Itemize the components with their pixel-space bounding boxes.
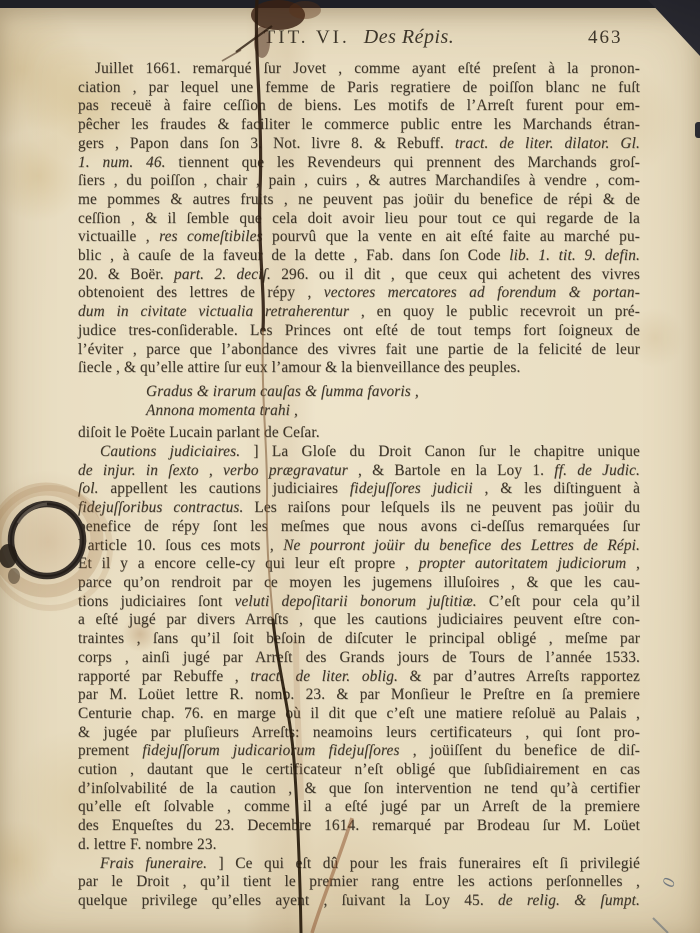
text-line: par M. Loüet lettre R. nomb. 23. & par M… — [78, 686, 640, 705]
italic-text-segment: Cautions judiciaires. — [100, 443, 253, 460]
text-segment: victuaille , — [78, 228, 159, 245]
text-line: l’article 10. ſous ces mots , Ne pourron… — [78, 537, 640, 556]
italic-text-segment: Gradus & irarum cauſas & ſumma favoris , — [146, 383, 419, 400]
text-line: obtenoient des lettres de répy , vectore… — [78, 284, 640, 303]
text-line: & jugée par pluſieurs Arreſts: neamoins … — [78, 724, 640, 743]
text-line: 20. & Boër. part. 2. deciſ. 296. ou il d… — [78, 266, 640, 285]
verse-lucan: Gradus & irarum cauſas & ſumma favoris ,… — [78, 383, 640, 420]
text-segment: & par d’autres Arreſts rapportez — [410, 668, 640, 685]
italic-text-segment: veluti depoſitarii bonorum juſtitiæ. — [235, 593, 489, 610]
text-segment: rapporté par Rebuffe , — [78, 668, 250, 685]
text-segment: pas receuë à faire ceſſion de biens. Les… — [78, 97, 640, 114]
italic-text-segment: res comeſtibiles — [159, 228, 272, 245]
text-segment: , & Bartole en la Loy 1. — [358, 462, 554, 479]
italic-text-segment: de relig. & ſumpt. — [498, 892, 640, 909]
italic-text-segment: fidejuſſoribus contractus. — [78, 499, 254, 516]
italic-text-segment: vectores mercatores ad forendum & portan… — [324, 284, 640, 301]
text-line: Cautions judiciaires. ] La Gloſe du Droi… — [78, 443, 640, 462]
text-line: pêcher les fraudes & faciliter le commer… — [78, 116, 640, 135]
text-line: cution , dautant que le certificateur n’… — [78, 761, 640, 780]
text-segment: parce qu’on rendroit par ce moyen les ju… — [78, 574, 640, 591]
text-line: ſiecle , & qu’elle attire ſur eux l’amou… — [78, 359, 640, 378]
text-line: ciation , par lequel une femme de Paris … — [78, 79, 640, 98]
text-segment: pêcher les fraudes & faciliter le commer… — [78, 116, 640, 133]
running-header: TIT. VI. Des Répis. — [78, 26, 640, 49]
page-number: 463 — [588, 27, 623, 49]
text-segment: par M. Loüet lettre R. nomb. 23. & par M… — [78, 686, 640, 703]
text-segment: diſoit le Poëte Lucain parlant de Ceſar. — [78, 424, 320, 441]
text-segment: obtenoient des lettres de répy , — [78, 284, 324, 301]
text-segment: quelque privilege qu’elles ayent , ſuiva… — [78, 892, 498, 909]
text-segment: blic , à cauſe de la faveur de la dette … — [78, 247, 509, 264]
text-segment: l’éviter , parce que l’abondance des viv… — [78, 341, 640, 358]
text-line: ſol. appellent les cautions judiciaires … — [78, 480, 640, 499]
text-line: Centurie chap. 76. en marge où il dit qu… — [78, 705, 640, 724]
paragraph-cautions-judiciaires: Cautions judiciaires. ] La Gloſe du Droi… — [78, 443, 640, 854]
text-segment: judice tres-conſiderable. Les Princes on… — [78, 322, 640, 339]
text-line: par le Droit , qu’il tient le premier ra… — [78, 873, 640, 892]
book-page-photo: TIT. VI. Des Répis. 463 Juillet 1661. re… — [0, 0, 700, 933]
text-line: Gradus & irarum cauſas & ſumma favoris , — [146, 383, 640, 402]
italic-text-segment: Frais funeraire. — [100, 855, 219, 872]
paragraph-juillet-1661: Juillet 1661. remarqué ſur Jovet , comme… — [78, 60, 640, 378]
text-line: Et il y a encore celle-cy qui leur eſt p… — [78, 555, 640, 574]
text-line: d. lettre F. nombre 23. — [78, 836, 640, 855]
text-segment: par le Droit , qu’il tient le premier ra… — [78, 873, 640, 890]
text-line: ceſſion , & il ſemble que cela doit avoi… — [78, 210, 640, 229]
text-segment: Les raiſons pour leſquels ils ne peuvent… — [254, 499, 640, 516]
text-segment: cution , dautant que le certificateur n’… — [78, 761, 640, 778]
text-segment: gers , Papon dans ſon 3. Not. livre 8. &… — [78, 135, 455, 152]
text-line: 1. num. 46. tiennent que les Revendeurs … — [78, 154, 640, 173]
text-segment: , joüiſſent du benefice de diſ- — [413, 742, 640, 759]
italic-text-segment: fidejuſſores judicii — [350, 480, 485, 497]
edge-nick — [695, 122, 700, 138]
text-segment: 296. ou il dit , que ceux qui achetent d… — [281, 266, 640, 283]
italic-text-segment: propter autoritatem judiciorum , — [419, 555, 640, 572]
text-segment: tiennent que les Revendeurs qui prennent… — [178, 154, 640, 171]
text-segment: corps , ainſi jugé par Arreſt des Grands… — [78, 649, 640, 666]
text-segment: ] La Gloſe du Droit Canon ſur le chapitr… — [253, 443, 640, 460]
text-segment: prement — [78, 742, 142, 759]
italic-text-segment: ff. de Judic. — [554, 462, 640, 479]
text-segment: ciation , par lequel une femme de Paris … — [78, 79, 640, 96]
text-line: Juillet 1661. remarqué ſur Jovet , comme… — [78, 60, 640, 79]
body-text: Juillet 1661. remarqué ſur Jovet , comme… — [78, 60, 640, 911]
italic-text-segment: lib. 1. tit. 9. defin. — [509, 247, 640, 264]
text-segment: , en quoy le public recevroit un pré- — [361, 303, 640, 320]
text-segment: & jugée par pluſieurs Arreſts: neamoins … — [78, 724, 640, 741]
text-segment: d’inſolvabilité de la caution , & que ſo… — [78, 780, 640, 797]
italic-text-segment: Ne pourront joüir du benefice des Lettre… — [283, 537, 640, 554]
italic-text-segment: 1. num. 46. — [78, 154, 178, 171]
text-segment: a eſté jugé par divers Arreſts , que les… — [78, 611, 640, 628]
text-line: quelque privilege qu’elles ayent , ſuiva… — [78, 892, 640, 911]
text-segment: ſiers , du poiſſon , chair , pain , cuir… — [78, 172, 640, 189]
text-line: rapporté par Rebuffe , tract. de liter. … — [78, 668, 640, 687]
text-segment: qu’elle eſt ſolvable , comme il a eſté j… — [78, 798, 640, 815]
text-segment: me pommes & autres fruits , ne peuvent p… — [78, 191, 640, 208]
italic-text-segment: ſol. — [78, 480, 110, 497]
text-line: benefice de répy ſont les meſmes que nou… — [78, 518, 640, 537]
text-segment: benefice de répy ſont les meſmes que nou… — [78, 518, 640, 535]
text-segment: traintes , ſans qu’il ſoit beſoin de diſ… — [78, 630, 640, 647]
italic-text-segment: Annona momenta trahi , — [146, 402, 298, 419]
text-line: traintes , ſans qu’il ſoit beſoin de diſ… — [78, 630, 640, 649]
text-segment: ceſſion , & il ſemble que cela doit avoi… — [78, 210, 640, 227]
text-segment: pourvû que la vente en ait eſté faite au… — [272, 228, 640, 245]
italic-text-segment: part. 2. deciſ. — [174, 266, 281, 283]
text-segment: Juillet 1661. remarqué ſur Jovet , comme… — [95, 60, 640, 77]
text-segment: C’eſt pour cela qu’il — [489, 593, 640, 610]
text-segment: des Enqueſtes du 23. Decembre 1614. rema… — [78, 817, 640, 834]
text-line: des Enqueſtes du 23. Decembre 1614. rema… — [78, 817, 640, 836]
italic-text-segment: de injur. in ſexto , verbo prægravatur — [78, 462, 358, 479]
italic-text-segment: dum in civitate victualia retraherentur — [78, 303, 361, 320]
text-line: ſiers , du poiſſon , chair , pain , cuir… — [78, 172, 640, 191]
text-line: judice tres-conſiderable. Les Princes on… — [78, 322, 640, 341]
text-line: tions judiciaires ſont veluti depoſitari… — [78, 593, 640, 612]
text-line: pas receuë à faire ceſſion de biens. Les… — [78, 97, 640, 116]
paragraph-disoit: diſoit le Poëte Lucain parlant de Ceſar. — [78, 424, 640, 443]
text-line: fidejuſſoribus contractus. Les raiſons p… — [78, 499, 640, 518]
text-line: Annona momenta trahi , — [146, 402, 640, 421]
text-line: Frais funeraire. ] Ce qui eſt dû pour le… — [78, 855, 640, 874]
text-line: blic , à cauſe de la faveur de la dette … — [78, 247, 640, 266]
text-segment: 20. & Boër. — [78, 266, 174, 283]
paragraph-frais-funeraire: Frais funeraire. ] Ce qui eſt dû pour le… — [78, 855, 640, 911]
header-section: TIT. VI. — [264, 27, 350, 49]
text-line: me pommes & autres fruits , ne peuvent p… — [78, 191, 640, 210]
text-line: a eſté jugé par divers Arreſts , que les… — [78, 611, 640, 630]
italic-text-segment: tract. de liter. dilator. Gl. — [455, 135, 640, 152]
text-line: l’éviter , parce que l’abondance des viv… — [78, 341, 640, 360]
text-line: prement fidejuſſorum judicariorum fideju… — [78, 742, 640, 761]
text-segment: , & les diſtinguent à — [485, 480, 640, 497]
italic-text-segment: fidejuſſorum judicariorum fidejuſſores — [142, 742, 412, 759]
text-line: de injur. in ſexto , verbo prægravatur ,… — [78, 462, 640, 481]
text-segment: Centurie chap. 76. en marge où il dit qu… — [78, 705, 640, 722]
text-segment: l’article 10. ſous ces mots , — [78, 537, 283, 554]
text-line: corps , ainſi jugé par Arreſt des Grands… — [78, 649, 640, 668]
text-line: d’inſolvabilité de la caution , & que ſo… — [78, 780, 640, 799]
text-line: qu’elle eſt ſolvable , comme il a eſté j… — [78, 798, 640, 817]
text-line: gers , Papon dans ſon 3. Not. livre 8. &… — [78, 135, 640, 154]
text-segment: tions judiciaires ſont — [78, 593, 235, 610]
text-segment: appellent les cautions judiciaires — [110, 480, 350, 497]
italic-text-segment: tract. de liter. oblig. — [250, 668, 409, 685]
text-segment: ſiecle , & qu’elle attire ſur eux l’amou… — [78, 359, 521, 376]
text-line: dum in civitate victualia retraherentur … — [78, 303, 640, 322]
header-title: Des Répis. — [364, 26, 455, 49]
text-segment: d. lettre F. nombre 23. — [78, 836, 217, 853]
text-line: parce qu’on rendroit par ce moyen les ju… — [78, 574, 640, 593]
text-segment: Et il y a encore celle-cy qui leur eſt p… — [78, 555, 419, 572]
text-line: diſoit le Poëte Lucain parlant de Ceſar. — [78, 424, 640, 443]
text-line: victuaille , res comeſtibiles pourvû que… — [78, 228, 640, 247]
text-segment: ] Ce qui eſt dû pour les frais funeraire… — [219, 855, 640, 872]
